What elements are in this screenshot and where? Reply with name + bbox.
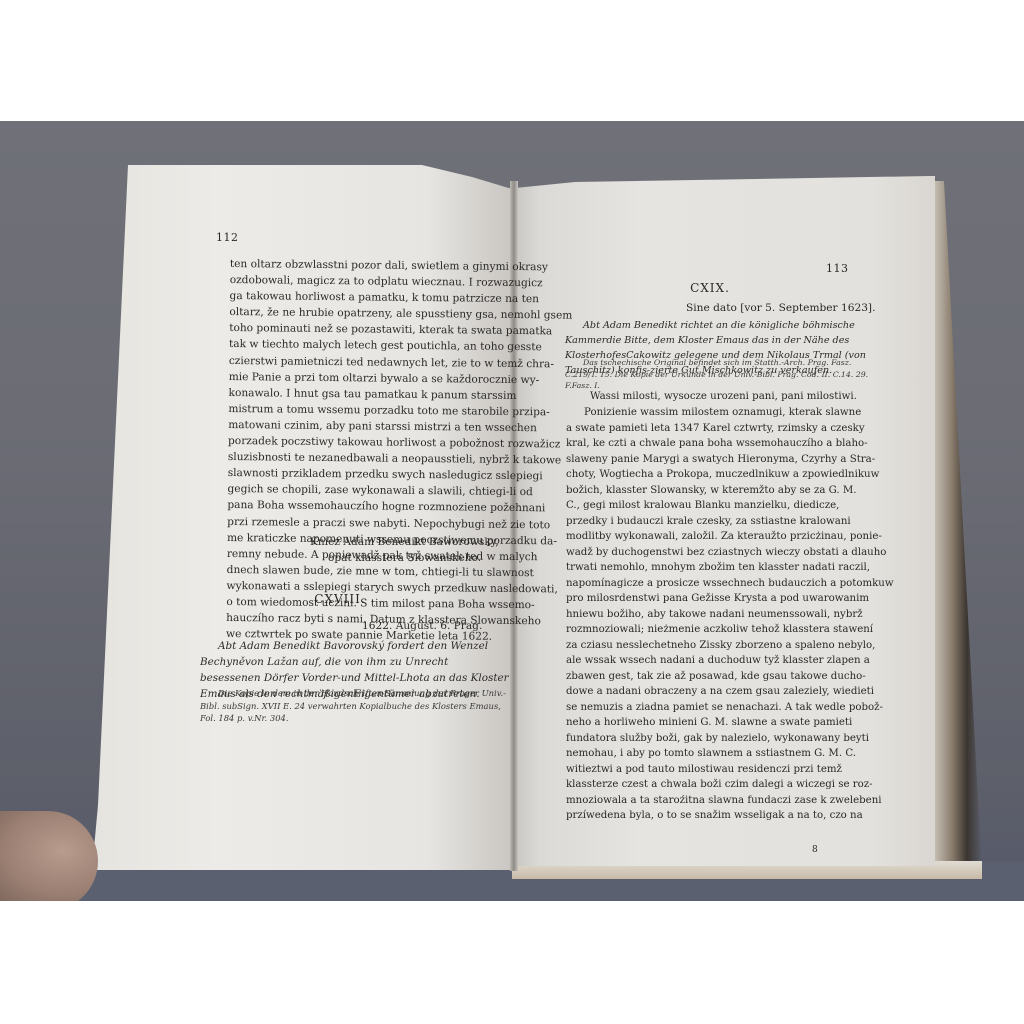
- left-document-dateline: 1622. August. 6. Prag.: [362, 618, 482, 634]
- signature-line-1: Kniez Adam Benedikt Baworowsky,: [310, 534, 499, 550]
- body-line: rozmnoziowali; nieżmenie aczkoliw tehož …: [566, 622, 871, 638]
- body-line: božich, klasster Slowansky, w kteremžto …: [566, 483, 871, 499]
- body-line: nemohau, i aby po tomto slawnem a sstias…: [566, 746, 871, 762]
- body-line: neho a horliweho minieni G. M. slawne a …: [566, 715, 871, 731]
- note-line: 219/T. 15. Die Kopie der Urkunde in der …: [565, 370, 868, 391]
- body-line: pro milosrdenstwi pana Gežisse Krysta a …: [566, 591, 871, 607]
- body-line: slaweny panie Marygi a swatych Hieronyma…: [566, 452, 871, 468]
- left-document-number: CXVIII.: [172, 592, 508, 606]
- right-page-number: 113: [826, 262, 849, 275]
- right-source-note: Das tschechische Original befindet sich …: [565, 357, 870, 392]
- body-line: witieztwi a pod tauto milostiwau residen…: [566, 762, 871, 778]
- body-line: ale wssak wssech nadani a duchoduw tyž k…: [566, 653, 871, 669]
- left-page-number: 112: [216, 231, 239, 244]
- right-document-number: CXIX.: [560, 281, 860, 295]
- note-line: Nr. 304.: [254, 713, 288, 723]
- body-line: modlitby wykonawali, založil. Za kterauž…: [566, 529, 871, 545]
- body-line: a swate pamieti leta 1347 Karel cztwrty,…: [566, 421, 871, 437]
- body-line: kral, ke czti a chwale pana boha wssemoh…: [566, 436, 871, 452]
- body-line: wadž by duchogenstwi bez cziastnych wiec…: [566, 545, 871, 561]
- left-source-note: Die Kopie in dem in der Handschriften-Sa…: [200, 687, 515, 725]
- signature-line-2: opat klasstera Slowanskeho.: [310, 550, 499, 566]
- right-page-body: Ponizienie wassim milostem oznamugi, kte…: [566, 405, 871, 824]
- body-line: hniewu božiho, aby takowe nadani neumens…: [566, 607, 871, 623]
- body-line: napomínagicze a prosicze wssechnech buda…: [566, 576, 871, 592]
- body-line: mnoziowala a ta staroźitna slawna fundac…: [566, 793, 871, 809]
- body-line: przíwedena byla, o to se snažim wsseliga…: [566, 808, 871, 824]
- body-line: se nemuzis a ziadna pamiet se nenachazi.…: [566, 700, 871, 716]
- left-page-body: ten oltarz obzwlasstni pozor dali, swiet…: [226, 256, 512, 645]
- body-line: klassterze czest a chwala boži czim dale…: [566, 777, 871, 793]
- note-line: Sign. XVII E. 24 verwahrten Kopialbuche …: [200, 701, 501, 724]
- body-line: fundatora služby boži, gak by nalezielo,…: [566, 731, 871, 747]
- right-page-fore-edge: [932, 181, 982, 871]
- body-line: Ponizienie wassim milostem oznamugi, kte…: [566, 405, 871, 421]
- body-line: zbawen gest, tak zie až posawad, kde gsa…: [566, 669, 871, 685]
- body-line: trwati nemohlo, mnohym zbožim ten klasst…: [566, 560, 871, 576]
- left-signature: Kniez Adam Benedikt Baworowsky, opat kla…: [310, 534, 499, 566]
- body-line: przedky i budauczi krale czesky, za ssti…: [566, 514, 871, 530]
- body-line: za cziasu nesslechetneho Zissky zborzeno…: [566, 638, 871, 654]
- book-photo: 112 ten oltarz obzwlasstni pozor dali, s…: [0, 121, 1024, 901]
- body-line: choty, Wogtiecha a Prokopa, muczedlnikuw…: [566, 467, 871, 483]
- body-line: dowe a nadani obraczeny a na czem gsau z…: [566, 684, 871, 700]
- body-line: C., gegi milost kralowau Blanku manzielk…: [566, 498, 871, 514]
- hand-thumb: [0, 811, 98, 901]
- right-document-dateline: Sine dato [vor 5. September 1623].: [686, 300, 875, 316]
- right-salutation: Wassi milosti, wysocze urozeni pani, pan…: [590, 389, 857, 405]
- signature-mark: 8: [812, 845, 818, 855]
